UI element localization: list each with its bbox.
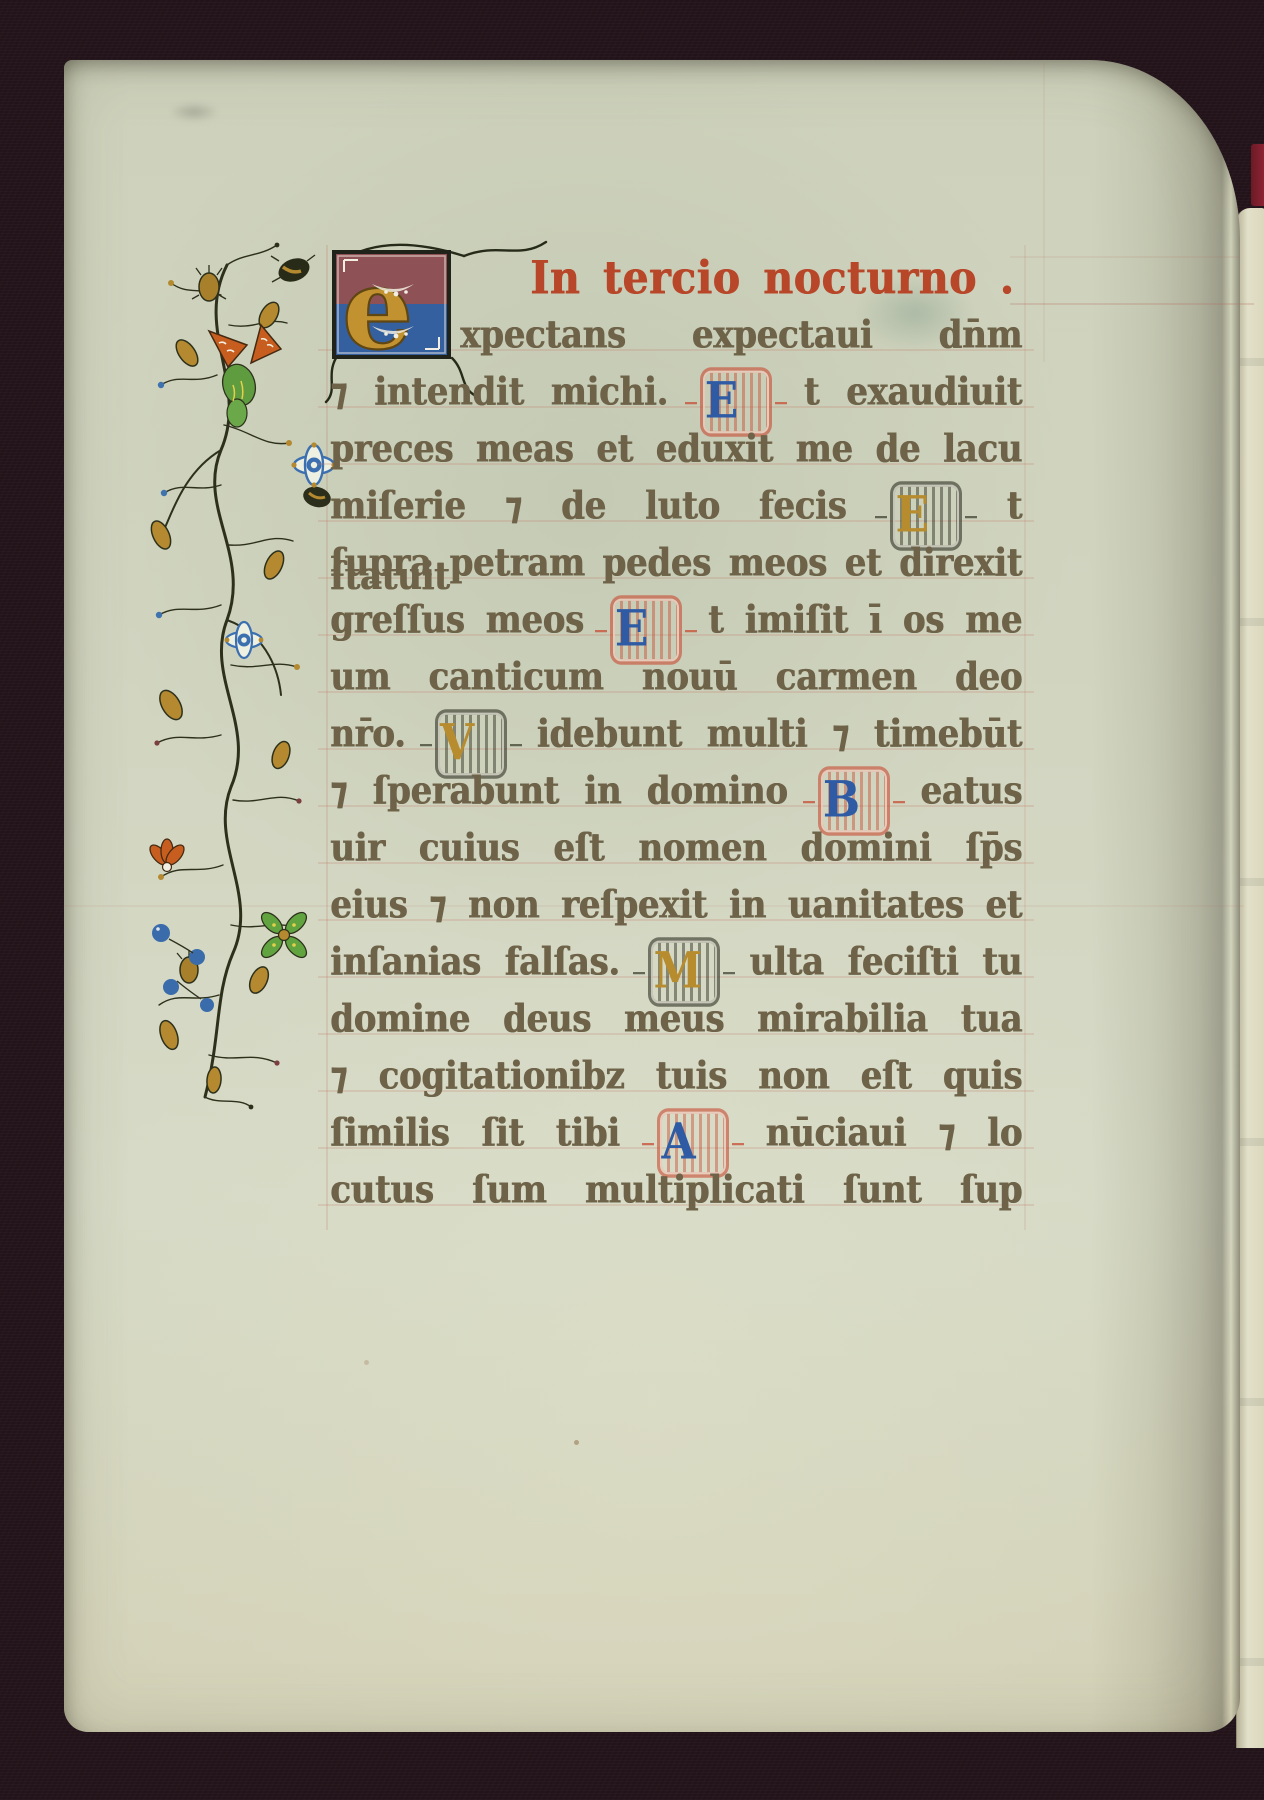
line-text: eatus: [920, 769, 1022, 814]
line-text: idebunt multi ⁊ timebūt: [537, 712, 1022, 757]
line-text: miſerie ⁊ de luto fecis: [330, 484, 846, 529]
red-tripetal-flower: [147, 839, 188, 872]
parchment-page: e In tercio nocturno . xpectans expectau…: [64, 60, 1240, 1732]
speck: [364, 1360, 369, 1365]
ruling-line-vertical: [1024, 245, 1026, 1230]
text-line: domine deus meus mirabilia tua: [330, 988, 1022, 1052]
text-line: xpectans expectaui dn̄m: [460, 304, 1022, 368]
speck: [574, 1440, 579, 1445]
facing-page-edge: [1236, 208, 1264, 1748]
line-text: ⁊ intendit michi.: [330, 370, 668, 415]
spiky-gold-fruit: [177, 265, 226, 983]
line-text: domine deus meus mirabilia tua: [330, 997, 1022, 1042]
gutter-shadow: [1090, 60, 1240, 1732]
line-text: ⁊ ſperabunt in domino: [330, 769, 787, 814]
text-line: ſimilis ſit tibi A nūciaui ⁊ lo: [330, 1102, 1022, 1166]
rubric-line: In tercio nocturno .: [530, 247, 1022, 311]
rubric-text: In tercio nocturno .: [530, 251, 1014, 305]
ruling-line-horizontal: [1010, 256, 1240, 258]
text-line: ⁊ intendit michi. E t exaudiuit: [330, 361, 1022, 425]
line-text: um canticum nouū carmen deo: [330, 655, 1022, 700]
folio-smudge: [159, 98, 229, 126]
ruling-line-vertical: [1043, 62, 1045, 362]
line-text: cutus ſum multiplicati ſunt ſup: [330, 1168, 1022, 1213]
line-text: nr̄o.: [330, 712, 405, 757]
line-text: ſimilis ſit tibi: [330, 1111, 620, 1156]
gold-leaves: [147, 299, 293, 1094]
line-text: t exaudiuit: [804, 370, 1022, 415]
line-text: inſanias falſas.: [330, 940, 620, 985]
trumpet-flower: [209, 325, 281, 427]
text-line: eius ⁊ non reſpexit in uanitates et: [330, 874, 1022, 938]
text-line: ⁊ cogitationibz tuis non eſt quis: [330, 1045, 1022, 1109]
ruling-line-horizontal: [1010, 303, 1254, 305]
line-text: ⁊ cogitationibz tuis non eſt quis: [330, 1054, 1022, 1099]
text-line: uir cuius eſt nomen domini ſp̄s: [330, 817, 1022, 881]
text-line: um canticum nouū carmen deo: [330, 646, 1022, 710]
line-text: nūciaui ⁊ lo: [765, 1111, 1022, 1156]
line-text: eius ⁊ non reſpexit in uanitates et: [330, 883, 1022, 928]
line-text: uir cuius eſt nomen domini ſp̄s: [330, 826, 1022, 871]
text-line: inſanias falſas. M ulta feciſti tu: [330, 931, 1022, 995]
initial-letter-glyph: e: [342, 244, 413, 375]
text-line: greſſus meos E t imiſit ī os me: [330, 589, 1022, 653]
line-text: ſupra petram pedes meos et direxit: [330, 541, 1022, 586]
text-line: cutus ſum multiplicati ſunt ſup: [330, 1159, 1022, 1223]
blue-star-flower: [225, 622, 264, 658]
line-text: xpectans expectaui dn̄m: [460, 313, 1022, 358]
text-line: nr̄o. V idebunt multi ⁊ timebūt: [330, 703, 1022, 767]
manuscript-photo: e In tercio nocturno . xpectans expectau…: [0, 0, 1264, 1800]
text-line: ſupra petram pedes meos et direxit: [330, 532, 1022, 596]
text-block: e In tercio nocturno . xpectans expectau…: [330, 250, 1022, 1230]
text-line: preces meas et eduxit me de lacu: [330, 418, 1022, 482]
green-yellow-flower: [258, 909, 310, 961]
line-text: greſſus meos: [330, 598, 584, 643]
initial-body: e: [334, 244, 449, 375]
line-text: t imiſit ī os me: [708, 598, 1022, 643]
text-line: miſerie ⁊ de luto fecis E t ſtatuit: [330, 475, 1022, 539]
text-line: ⁊ ſperabunt in domino B eatus: [330, 760, 1022, 824]
line-text: ulta feciſti tu: [749, 940, 1022, 985]
line-text: preces meas et eduxit me de lacu: [330, 427, 1022, 472]
ribbon-marker: [1251, 144, 1264, 206]
